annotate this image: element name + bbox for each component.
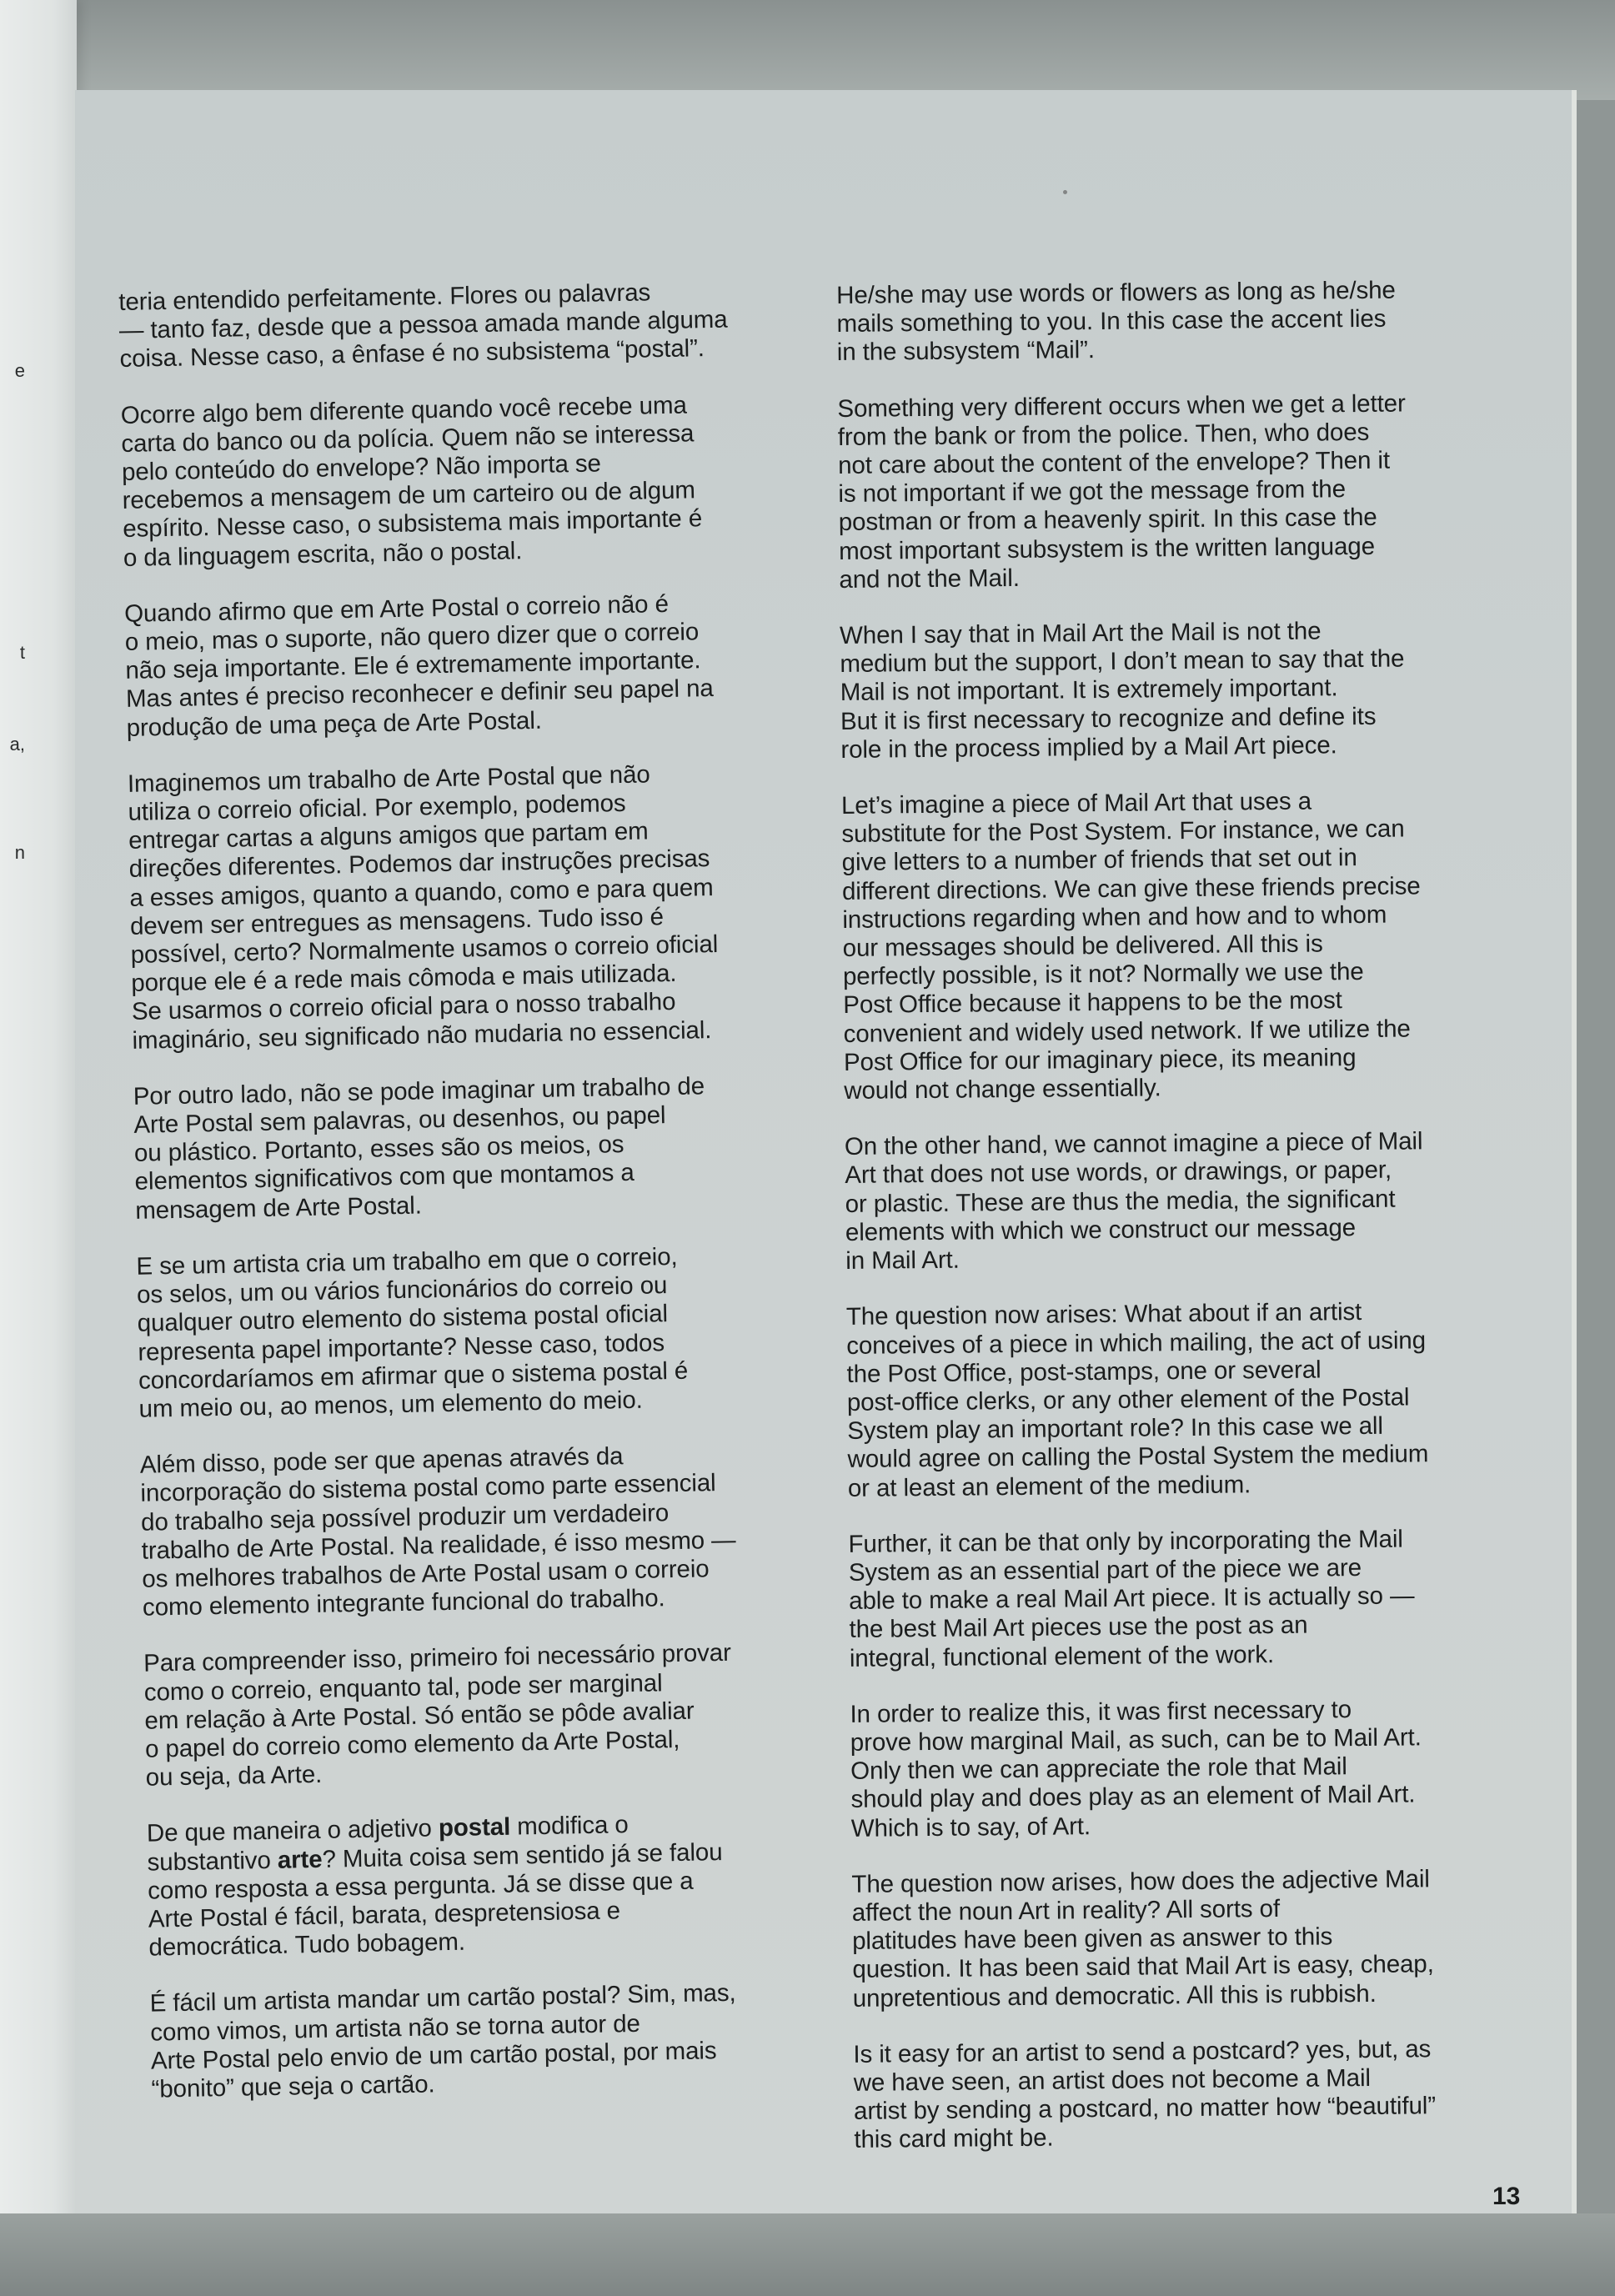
text-line: would not change essentially.	[844, 1070, 1577, 1106]
paragraph: De que maneira o adjetivo postal modific…	[147, 1807, 858, 1963]
paragraph: É fácil um artista mandar um cartão post…	[149, 1977, 860, 2103]
facing-page-fragment: t	[0, 642, 25, 664]
facing-page-fragment: e	[0, 360, 25, 382]
page-number: 13	[1492, 2183, 1520, 2211]
paragraph: When I say that in Mail Art the Mail is …	[840, 615, 1575, 764]
paragraph: On the other hand, we cannot imagine a p…	[845, 1126, 1580, 1276]
paragraph: Is it easy for an artist to send a postc…	[853, 2033, 1587, 2154]
english-column: He/she may use words or flowers as long …	[836, 275, 1588, 2183]
book-page: teria entendido perfeitamente. Flores ou…	[75, 90, 1572, 2224]
paragraph: Let’s imagine a piece of Mail Art that u…	[841, 785, 1578, 1106]
paragraph: Something very different occurs when we …	[837, 388, 1572, 594]
bold-term: arte	[278, 1845, 323, 1873]
facing-page-edge: eta,n	[0, 0, 77, 2251]
text-line: and not the Mail.	[839, 559, 1572, 594]
paragraph: Further, it can be that only by incorpor…	[848, 1523, 1583, 1672]
paragraph: E se um artista cria um trabalho em que …	[136, 1240, 848, 1424]
background-bottom	[0, 2213, 1615, 2296]
facing-page-fragment: n	[0, 842, 25, 864]
portuguese-column: teria entendido perfeitamente. Flores ou…	[118, 275, 860, 2131]
text-line: in the subsystem “Mail”.	[837, 332, 1571, 368]
paragraph: Além disso, pode ser que apenas através …	[140, 1438, 852, 1622]
paragraph: Quando afirmo que em Arte Postal o corre…	[124, 587, 835, 743]
paragraph: teria entendido perfeitamente. Flores ou…	[118, 275, 829, 373]
paper-speck	[1063, 190, 1067, 194]
bold-term: postal	[439, 1813, 511, 1842]
paragraph: Por outro lado, não se pode imaginar um …	[133, 1070, 844, 1226]
paragraph: Imaginemos um trabalho de Arte Postal qu…	[128, 757, 841, 1055]
text-line: in Mail Art.	[845, 1241, 1579, 1276]
paragraph: In order to realize this, it was first n…	[850, 1693, 1585, 1842]
paragraph: Para compreender isso, primeiro foi nece…	[143, 1637, 855, 1792]
paragraph: The question now arises: What about if a…	[846, 1296, 1582, 1503]
text-line: role in the process implied by a Mail Ar…	[840, 729, 1574, 764]
text-line: this card might be.	[854, 2119, 1587, 2155]
paragraph: The question now arises, how does the ad…	[851, 1863, 1587, 2013]
paragraph: He/she may use words or flowers as long …	[836, 275, 1571, 368]
facing-page-fragment: a,	[0, 734, 25, 755]
background-top	[0, 0, 1615, 100]
paragraph: Ocorre algo bem diferente quando você re…	[120, 389, 832, 573]
